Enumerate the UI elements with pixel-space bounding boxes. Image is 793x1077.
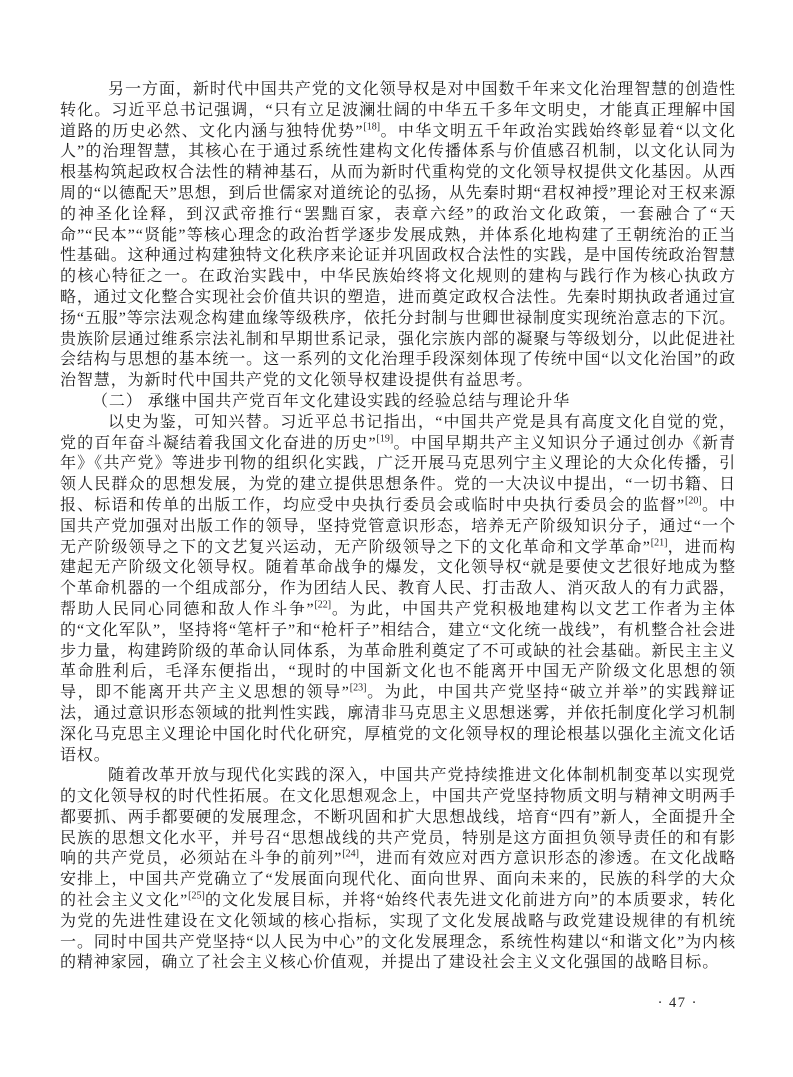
citation-marker: [25] [188,891,205,902]
document-page: 另一方面，新时代中国共产党的文化领导权是对中国数千年来文化治理智慧的创造性转化。… [0,0,793,1077]
citation-marker: [22] [314,600,331,611]
citation-marker: [20] [685,496,702,507]
citation-marker: [21] [651,537,668,548]
citation-marker: [24] [342,849,359,860]
citation-marker: [23] [350,683,367,694]
article-body: 另一方面，新时代中国共产党的文化领导权是对中国数千年来文化治理智慧的创造性转化。… [60,80,736,974]
body-paragraph: 以史为鉴，可知兴替。习近平总书记指出，“中国共产党是具有高度文化自觉的党，党的百… [60,413,736,767]
section-heading: （二） 承继中国共产党百年文化建设实践的经验总结与理论升华 [60,392,736,413]
citation-marker: [18] [363,121,380,132]
body-paragraph: 随着改革开放与现代化实践的深入，中国共产党持续推进文化体制机制变革以实现党的文化… [60,766,736,974]
body-paragraph: 另一方面，新时代中国共产党的文化领导权是对中国数千年来文化治理智慧的创造性转化。… [60,80,736,392]
citation-marker: [19] [377,433,394,444]
page-number: · 47 · [658,995,698,1012]
